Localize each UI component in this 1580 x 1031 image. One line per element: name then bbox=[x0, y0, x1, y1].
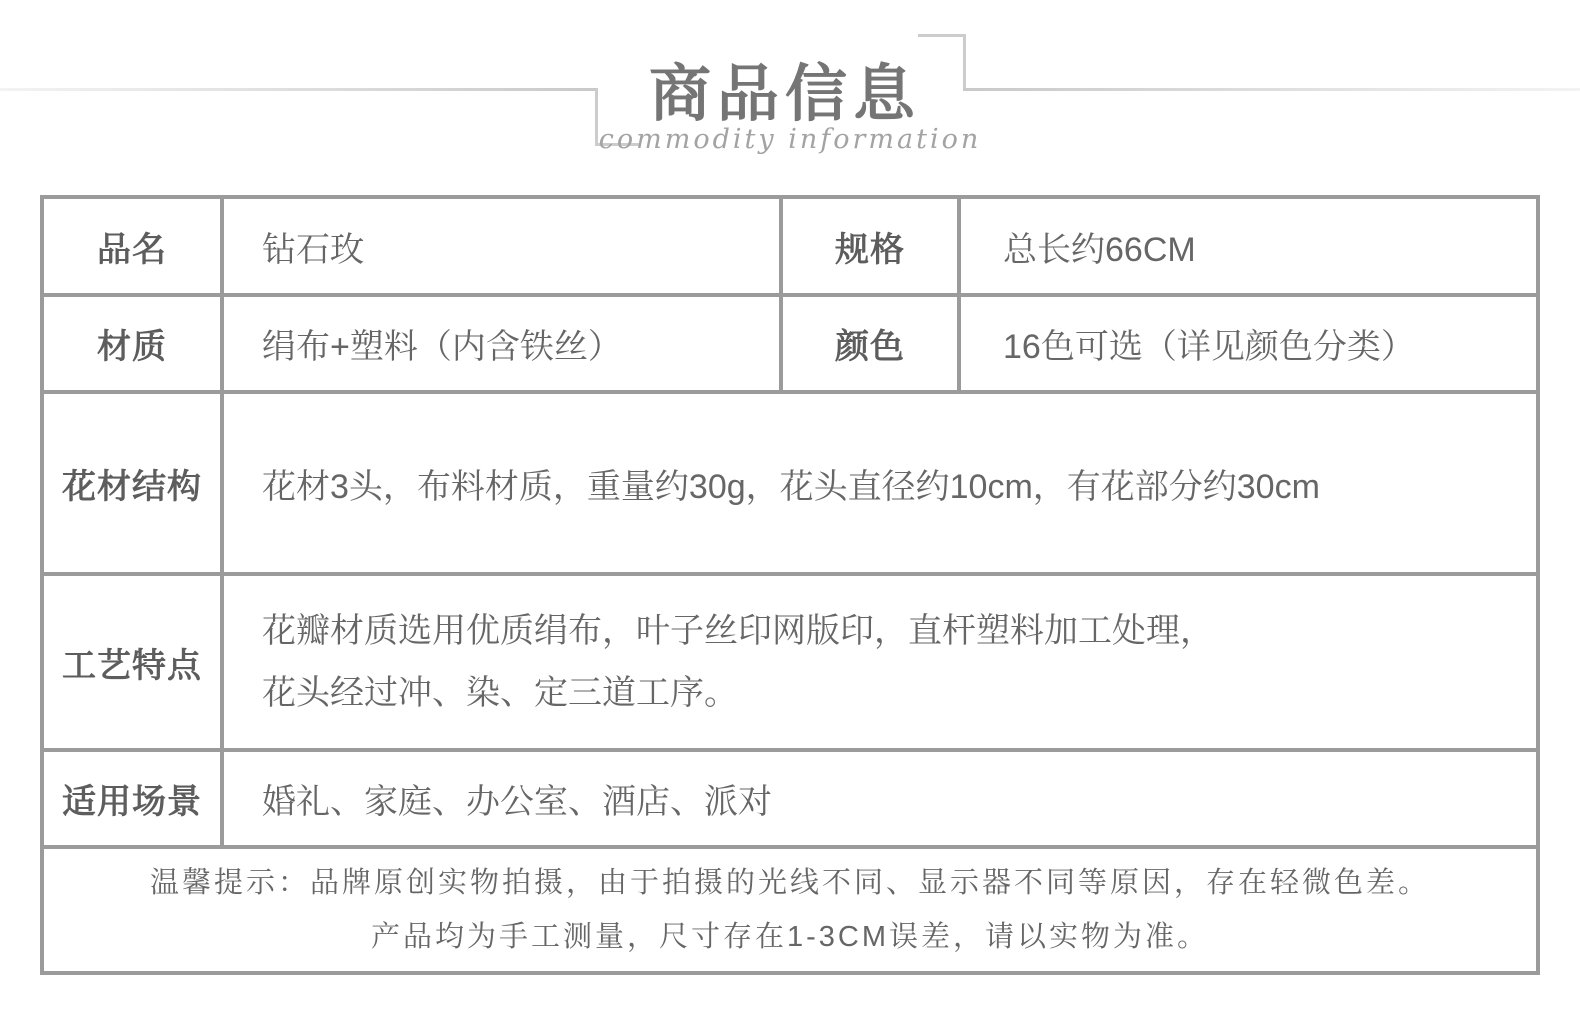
label-specification: 规格 bbox=[783, 199, 957, 293]
decorative-line-right-short bbox=[918, 34, 966, 37]
value-specification: 总长约66CM bbox=[961, 199, 1536, 293]
value-color: 16色可选（详见颜色分类） bbox=[961, 297, 1536, 390]
label-flower-structure: 花材结构 bbox=[44, 394, 220, 572]
craft-features-line-1: 花瓣材质选用优质绢布，叶子丝印网版印，直杆塑料加工处理， bbox=[262, 600, 1214, 662]
label-product-name: 品名 bbox=[44, 199, 220, 293]
value-material: 绢布+塑料（内含铁丝） bbox=[224, 297, 779, 390]
label-material: 材质 bbox=[44, 297, 220, 390]
label-applicable-scenes: 适用场景 bbox=[44, 752, 220, 845]
label-color: 颜色 bbox=[783, 297, 957, 390]
value-flower-structure: 花材3头，布料材质，重量约30g，花头直径约10cm，有花部分约30cm bbox=[224, 394, 1536, 572]
value-product-name: 钻石玫 bbox=[224, 199, 779, 293]
notice-row: 温馨提示：品牌原创实物拍摄，由于拍摄的光线不同、显示器不同等原因，存在轻微色差。… bbox=[44, 849, 1536, 971]
product-spec-table: 品名 钻石玫 规格 总长约66CM 材质 绢布+塑料（内含铁丝） 颜色 16色可… bbox=[40, 195, 1540, 975]
notice-line-2: 产品均为手工测量，尺寸存在1-3CM误差，请以实物为准。 bbox=[371, 915, 1209, 959]
page-title: 商品信息 bbox=[0, 44, 1570, 133]
notice-line-1: 温馨提示：品牌原创实物拍摄，由于拍摄的光线不同、显示器不同等原因，存在轻微色差。 bbox=[150, 861, 1430, 905]
label-craft-features: 工艺特点 bbox=[44, 576, 220, 748]
value-craft-features: 花瓣材质选用优质绢布，叶子丝印网版印，直杆塑料加工处理， 花头经过冲、染、定三道… bbox=[224, 576, 1536, 748]
header: 商品信息 commodity information bbox=[0, 0, 1580, 190]
page-subtitle: commodity information bbox=[0, 124, 1580, 155]
value-applicable-scenes: 婚礼、家庭、办公室、酒店、派对 bbox=[224, 752, 1536, 845]
craft-features-line-2: 花头经过冲、染、定三道工序。 bbox=[262, 662, 738, 724]
